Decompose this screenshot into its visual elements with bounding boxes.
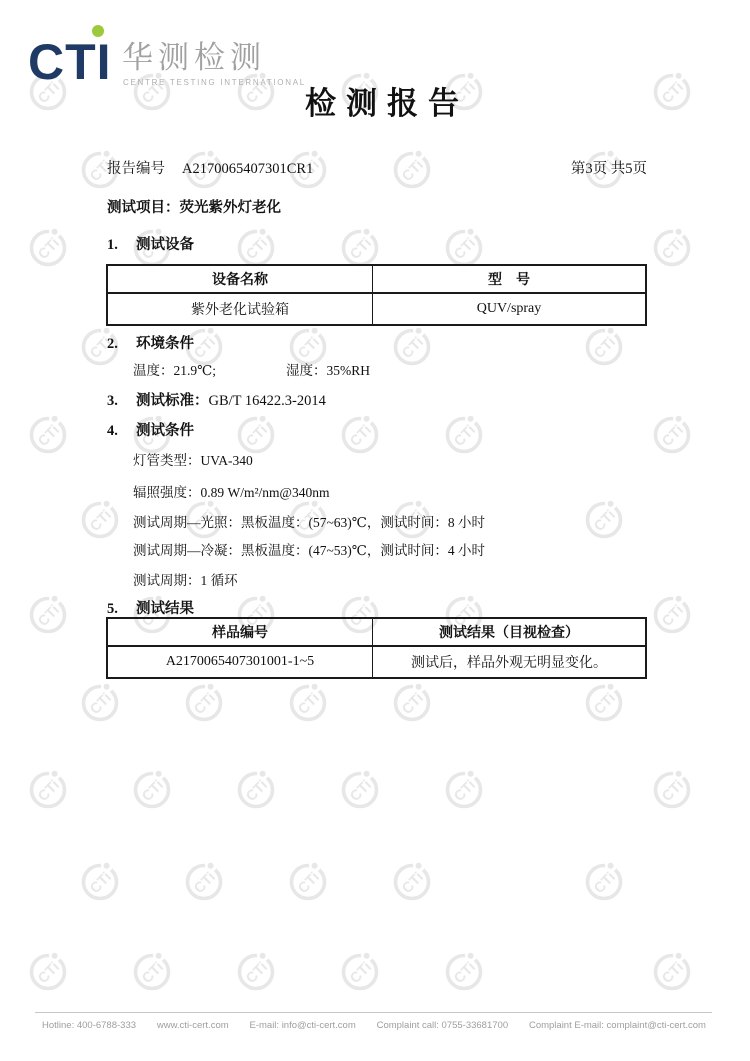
cti-watermark-icon: CTi	[444, 228, 484, 268]
svg-text:CTi: CTi	[191, 690, 219, 718]
equipment-table-header-row: 设备名称 型 号	[107, 265, 646, 293]
svg-text:CTi: CTi	[659, 235, 687, 263]
cti-watermark-icon: CTi	[236, 952, 276, 992]
cti-watermark-icon: CTi	[652, 415, 692, 455]
cycle-condensation-line: 测试周期—冷凝：黑板温度：(47~53)℃，测试时间：4 小时	[133, 542, 485, 559]
cti-watermark-icon: CTi	[340, 770, 380, 810]
test-item-line: 测试项目：荧光紫外灯老化	[107, 199, 281, 217]
footer-hotline: Hotline: 400-6788-333	[42, 1020, 136, 1031]
svg-text:CTi: CTi	[35, 235, 63, 263]
svg-text:CTi: CTi	[659, 777, 687, 805]
temperature-value: 温度：21.9℃;	[133, 363, 216, 378]
cti-logo-green-dot-icon	[92, 25, 104, 37]
equipment-table-row: 紫外老化试验箱 QUV/spray	[107, 293, 646, 325]
svg-text:CTi: CTi	[139, 959, 167, 987]
cti-watermark-icon: CTi	[80, 683, 120, 723]
report-no-value: A2170065407301CR1	[182, 160, 313, 178]
cti-watermark-icon: CTi	[184, 862, 224, 902]
section3-heading: 3.测试标准：GB/T 16422.3-2014	[107, 392, 326, 410]
svg-text:CTi: CTi	[87, 690, 115, 718]
cti-watermark-icon: CTi	[236, 415, 276, 455]
cti-watermark-icon: CTi	[584, 683, 624, 723]
cti-watermark-icon: CTi	[584, 500, 624, 540]
cti-watermark-icon: CTi	[444, 415, 484, 455]
cti-watermark-icon: CTi	[652, 952, 692, 992]
cti-watermark-icon: CTi	[236, 228, 276, 268]
svg-text:CTi: CTi	[399, 869, 427, 897]
report-no-label: 报告编号	[107, 161, 165, 177]
svg-text:CTi: CTi	[659, 602, 687, 630]
svg-text:CTi: CTi	[87, 507, 115, 535]
report-page: CTiCTiCTiCTiCTiCTiCTiCTiCTiCTiCTiCTiCTiC…	[0, 0, 750, 1061]
cti-watermark-icon: CTi	[340, 952, 380, 992]
cti-watermark-icon: CTi	[584, 327, 624, 367]
svg-text:CTi: CTi	[35, 422, 63, 450]
svg-text:CTi: CTi	[139, 777, 167, 805]
svg-text:CTi: CTi	[243, 235, 271, 263]
cti-watermark-icon: CTi	[584, 862, 624, 902]
cti-watermark-icon: CTi	[652, 595, 692, 635]
svg-text:CTi: CTi	[451, 959, 479, 987]
section4-title: 测试条件	[136, 423, 194, 439]
section3-title: 测试标准：	[136, 393, 209, 409]
equipment-name-header: 设备名称	[107, 265, 373, 293]
svg-text:CTi: CTi	[295, 334, 323, 362]
svg-text:CTi: CTi	[191, 869, 219, 897]
equipment-table: 设备名称 型 号 紫外老化试验箱 QUV/spray	[106, 264, 647, 326]
svg-text:CTi: CTi	[347, 959, 375, 987]
environment-conditions-line: 温度：21.9℃;湿度：35%RH	[133, 362, 370, 379]
section5-number: 5.	[107, 600, 136, 618]
section2-heading: 2.环境条件	[107, 335, 194, 353]
footer-divider	[35, 1012, 712, 1013]
cti-watermark-icon: CTi	[132, 770, 172, 810]
svg-text:CTi: CTi	[451, 422, 479, 450]
svg-text:CTi: CTi	[591, 869, 619, 897]
cti-watermark-icon: CTi	[444, 952, 484, 992]
svg-text:CTi: CTi	[451, 235, 479, 263]
svg-text:CTi: CTi	[243, 959, 271, 987]
results-table-row: A2170065407301001-1~5 测试后，样品外观无明显变化。	[107, 646, 646, 678]
lamp-type-line: 灯管类型：UVA-340	[133, 452, 253, 469]
results-table-header-row: 样品编号 测试结果（目视检查）	[107, 618, 646, 646]
equipment-model-header: 型 号	[373, 265, 647, 293]
svg-text:CTi: CTi	[35, 777, 63, 805]
cti-watermark-icon: CTi	[288, 327, 328, 367]
section1-heading: 1.测试设备	[107, 236, 194, 254]
cti-watermark-icon: CTi	[652, 228, 692, 268]
report-meta-row: 报告编号 A2170065407301CR1 第3页 共5页	[107, 160, 647, 178]
svg-text:CTi: CTi	[243, 422, 271, 450]
sample-no-header: 样品编号	[107, 618, 373, 646]
cti-watermark-icon: CTi	[340, 228, 380, 268]
cti-watermark-icon: CTi	[392, 327, 432, 367]
svg-text:CTi: CTi	[35, 602, 63, 630]
section1-title: 测试设备	[136, 237, 194, 253]
cti-watermark-icon: CTi	[652, 770, 692, 810]
results-table: 样品编号 测试结果（目视检查） A2170065407301001-1~5 测试…	[106, 617, 647, 679]
brand-chinese-name: 华测检测	[122, 42, 382, 73]
svg-text:CTi: CTi	[35, 959, 63, 987]
section1-number: 1.	[107, 236, 136, 254]
cti-watermark-icon: CTi	[236, 770, 276, 810]
svg-text:CTi: CTi	[591, 507, 619, 535]
footer-contact-row: Hotline: 400-6788-333 www.cti-cert.com E…	[42, 1020, 706, 1031]
cycle-count-line: 测试周期：1 循环	[133, 572, 238, 589]
svg-text:CTi: CTi	[191, 334, 219, 362]
cti-watermark-icon: CTi	[28, 770, 68, 810]
svg-text:CTi: CTi	[399, 334, 427, 362]
cti-watermark-icon: CTi	[80, 862, 120, 902]
section3-number: 3.	[107, 392, 136, 410]
svg-text:CTi: CTi	[451, 777, 479, 805]
cti-watermark-icon: CTi	[80, 500, 120, 540]
svg-text:CTi: CTi	[591, 334, 619, 362]
cti-watermark-icon: CTi	[28, 415, 68, 455]
svg-text:CTi: CTi	[347, 777, 375, 805]
svg-text:CTi: CTi	[659, 959, 687, 987]
section2-number: 2.	[107, 335, 136, 353]
section2-title: 环境条件	[136, 336, 194, 352]
test-item-value: 荧光紫外灯老化	[180, 200, 282, 216]
irradiance-line: 辐照强度：0.89 W/m²/nm@340nm	[133, 484, 329, 501]
svg-text:CTi: CTi	[659, 422, 687, 450]
footer-complaint-email: Complaint E-mail: complaint@cti-cert.com	[529, 1020, 706, 1031]
svg-text:CTi: CTi	[87, 869, 115, 897]
section4-number: 4.	[107, 422, 136, 440]
test-standard-value: GB/T 16422.3-2014	[209, 393, 326, 409]
sample-no-cell: A2170065407301001-1~5	[107, 646, 373, 678]
equipment-name-cell: 紫外老化试验箱	[107, 293, 373, 325]
result-header: 测试结果（目视检查）	[373, 618, 647, 646]
svg-text:CTi: CTi	[295, 869, 323, 897]
svg-text:CTi: CTi	[399, 690, 427, 718]
cti-watermark-icon: CTi	[288, 862, 328, 902]
footer-website: www.cti-cert.com	[157, 1020, 229, 1031]
cti-watermark-icon: CTi	[184, 683, 224, 723]
section5-title: 测试结果	[136, 601, 194, 617]
cti-watermark-icon: CTi	[392, 862, 432, 902]
cti-watermark-icon: CTi	[288, 683, 328, 723]
cycle-light-line: 测试周期—光照：黑板温度：(57~63)℃，测试时间：8 小时	[133, 514, 485, 531]
cti-watermark-icon: CTi	[444, 770, 484, 810]
result-cell: 测试后，样品外观无明显变化。	[373, 646, 647, 678]
footer-email: E-mail: info@cti-cert.com	[250, 1020, 356, 1031]
cti-watermark-icon: CTi	[340, 415, 380, 455]
section5-heading: 5.测试结果	[107, 600, 194, 618]
cti-watermark-icon: CTi	[132, 952, 172, 992]
footer-complaint-call: Complaint call: 0755-33681700	[377, 1020, 509, 1031]
document-title: 检测报告	[0, 86, 750, 122]
page-info: 第3页 共5页	[571, 160, 647, 178]
section4-heading: 4.测试条件	[107, 422, 194, 440]
cti-watermark-icon: CTi	[28, 595, 68, 635]
svg-text:CTi: CTi	[295, 690, 323, 718]
svg-text:CTi: CTi	[347, 422, 375, 450]
svg-text:CTi: CTi	[243, 777, 271, 805]
humidity-value: 湿度：35%RH	[286, 363, 370, 378]
svg-text:CTi: CTi	[347, 235, 375, 263]
cti-watermark-icon: CTi	[392, 683, 432, 723]
cti-watermark-icon: CTi	[28, 952, 68, 992]
equipment-model-cell: QUV/spray	[373, 293, 647, 325]
svg-text:CTi: CTi	[591, 690, 619, 718]
cti-logo-text: CTI	[28, 40, 112, 84]
cti-watermark-icon: CTi	[28, 228, 68, 268]
test-item-label: 测试项目：	[107, 200, 180, 216]
